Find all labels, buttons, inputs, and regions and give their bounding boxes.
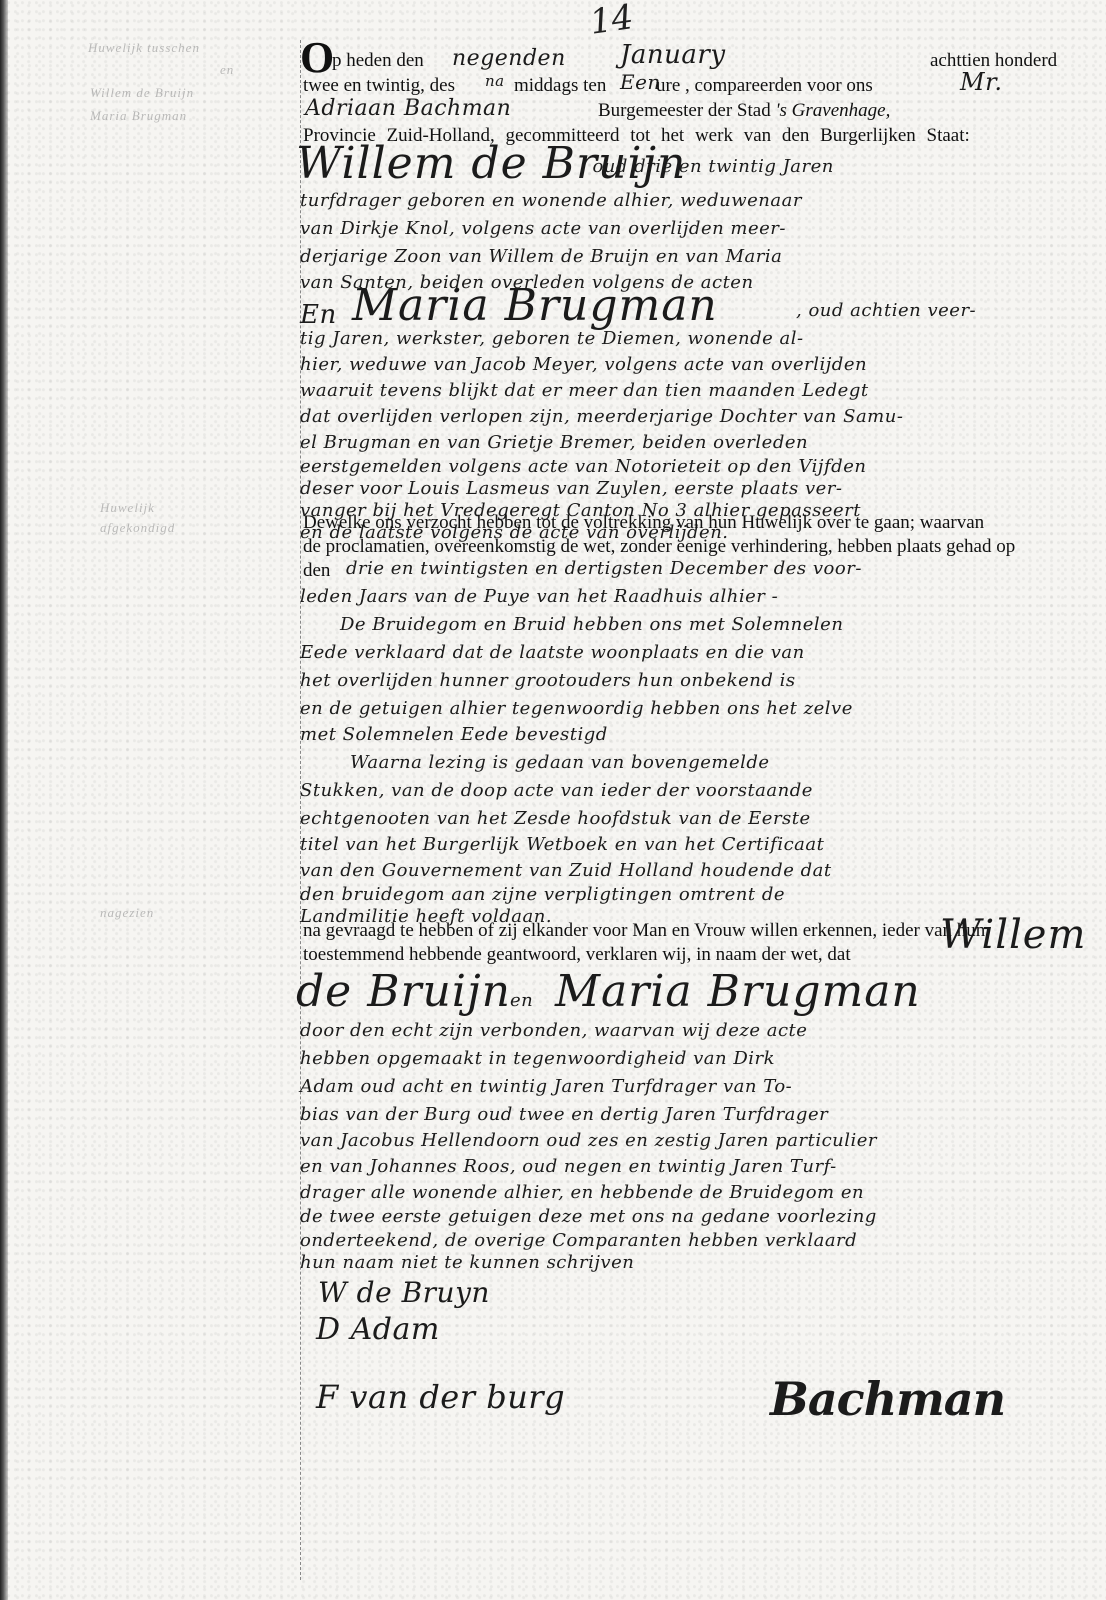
- page-number: 14: [587, 0, 635, 43]
- scan-left-edge: [0, 0, 8, 1600]
- witness-line: en van Johannes Roos, oud negen en twint…: [300, 1156, 837, 1177]
- bride-line: waaruit tevens blijkt dat er meer dan ti…: [300, 380, 869, 401]
- signature-groom: W de Bruyn: [318, 1276, 490, 1309]
- declaration-bride: Maria Brugman: [555, 966, 921, 1017]
- handwritten-day: negenden: [452, 46, 566, 71]
- handwritten-title: Mr.: [960, 68, 1003, 96]
- bride-line: , oud achtien veer-: [796, 300, 976, 321]
- groom-line: van Dirkje Knol, volgens acte van overli…: [300, 218, 786, 239]
- margin-ghost-text: Willem de Bruijn: [90, 85, 194, 101]
- margin-ghost-text: en: [220, 62, 234, 78]
- bride-prefix: En: [300, 300, 337, 330]
- groom-line: turfdrager geboren en wonende alhier, we…: [300, 190, 802, 211]
- margin-ghost-text: Huwelijk tusschen: [88, 40, 200, 56]
- city-name: 's Gravenhage,: [775, 100, 890, 121]
- margin-ghost-text: afgekondigd: [100, 520, 175, 536]
- proclamation-line3-printed: den: [303, 560, 330, 582]
- oath-line: en de getuigen alhier tegenwoordig hebbe…: [300, 698, 853, 719]
- signature-witness-adam: D Adam: [316, 1312, 440, 1347]
- reading-line: echtgenooten van het Zesde hoofdstuk van…: [300, 808, 811, 829]
- preamble-line1-printed: p heden den: [332, 50, 424, 72]
- handwritten-mayor-name: Adriaan Bachman: [305, 96, 511, 121]
- bride-line: el Brugman en van Grietje Bremer, beiden…: [300, 432, 808, 453]
- reading-line: Stukken, van de doop acte van ieder der …: [300, 780, 813, 801]
- signature-witness-vanderburg: F van der burg: [316, 1378, 565, 1416]
- document-page: Huwelijk tusschen en Willem de Bruijn Ma…: [0, 0, 1106, 1600]
- preamble-line2-printed-end: ure , compareerden voor ons: [656, 75, 873, 97]
- oath-line: met Solemnelen Eede bevestigd: [300, 724, 608, 745]
- initial-capital: O: [300, 36, 334, 80]
- handwritten-hour: Een: [620, 70, 661, 94]
- declaration-groom-first: Willem: [940, 912, 1086, 958]
- witness-line: door den echt zijn verbonden, waarvan wi…: [300, 1020, 807, 1041]
- margin-ghost-text: Huwelijk: [100, 500, 155, 516]
- declaration-line2: toestemmend hebbende geantwoord, verklar…: [303, 944, 851, 966]
- reading-line: van den Gouvernement van Zuid Holland ho…: [300, 860, 832, 881]
- witness-line: onderteekend, de overige Comparanten heb…: [300, 1230, 857, 1251]
- witness-line: Adam oud acht en twintig Jaren Turfdrage…: [300, 1076, 792, 1097]
- signature-mayor: Bachman: [770, 1372, 1005, 1426]
- declaration-and: en: [510, 990, 533, 1011]
- bride-line: tig Jaren, werkster, geboren te Diemen, …: [300, 328, 804, 349]
- witness-line: van Jacobus Hellendoorn oud zes en zesti…: [300, 1130, 877, 1151]
- groom-line: , oud drie en twintig Jaren: [580, 156, 834, 177]
- reading-line: Waarna lezing is gedaan van bovengemelde: [350, 752, 770, 773]
- left-margin-column: Huwelijk tusschen en Willem de Bruijn Ma…: [40, 0, 290, 1600]
- bride-line: deser voor Louis Lasmeus van Zuylen, eer…: [300, 478, 842, 499]
- bride-line: dat overlijden verlopen zijn, meerderjar…: [300, 406, 903, 427]
- oath-line: Eede verklaard dat de laatste woonplaats…: [300, 642, 805, 663]
- proclamation-line2: de proclamatien, overeenkomstig de wet, …: [303, 536, 1015, 558]
- witness-line: drager alle wonende alhier, en hebbende …: [300, 1182, 864, 1203]
- bride-line: eerstgemelden volgens acte van Notoriete…: [300, 456, 866, 477]
- oath-line: De Bruidegom en Bruid hebben ons met Sol…: [340, 614, 843, 635]
- witness-line: hun naam niet te kunnen schrijven: [300, 1252, 634, 1273]
- proclamation-dates: drie en twintigsten en dertigsten Decemb…: [346, 558, 862, 579]
- preamble-line3-printed: Burgemeester der Stad 's Gravenhage,: [598, 100, 890, 122]
- witness-line: de twee eerste getuigen deze met ons na …: [300, 1206, 877, 1227]
- proclamation-location: leden Jaars van de Puye van het Raadhuis…: [300, 586, 778, 607]
- preamble-line2-printed-mid: middags ten: [514, 75, 606, 97]
- declaration-line1: na gevraagd te hebben of zij elkander vo…: [303, 920, 985, 942]
- groom-line: derjarige Zoon van Willem de Bruijn en v…: [300, 246, 782, 267]
- witness-line: hebben opgemaakt in tegenwoordigheid van…: [300, 1048, 775, 1069]
- declaration-groom-last: de Bruijn: [296, 966, 511, 1017]
- margin-ghost-text: Maria Brugman: [90, 108, 187, 124]
- preamble-line2-printed: twee en twintig, des: [303, 75, 455, 97]
- oath-line: het overlijden hunner grootouders hun on…: [300, 670, 796, 691]
- proclamation-line1: Dewelke ons verzocht hebben tot de voltr…: [303, 512, 984, 534]
- handwritten-ampm: na: [485, 72, 505, 90]
- handwritten-month: January: [620, 40, 726, 70]
- reading-line: den bruidegom aan zijne verpligtingen om…: [300, 884, 785, 905]
- margin-ghost-text: nagezien: [100, 905, 154, 921]
- mayor-title: Burgemeester der Stad: [598, 100, 775, 121]
- bride-name: Maria Brugman: [352, 280, 718, 331]
- reading-line: titel van het Burgerlijk Wetboek en van …: [300, 834, 824, 855]
- witness-line: bias van der Burg oud twee en dertig Jar…: [300, 1104, 828, 1125]
- bride-line: hier, weduwe van Jacob Meyer, volgens ac…: [300, 354, 867, 375]
